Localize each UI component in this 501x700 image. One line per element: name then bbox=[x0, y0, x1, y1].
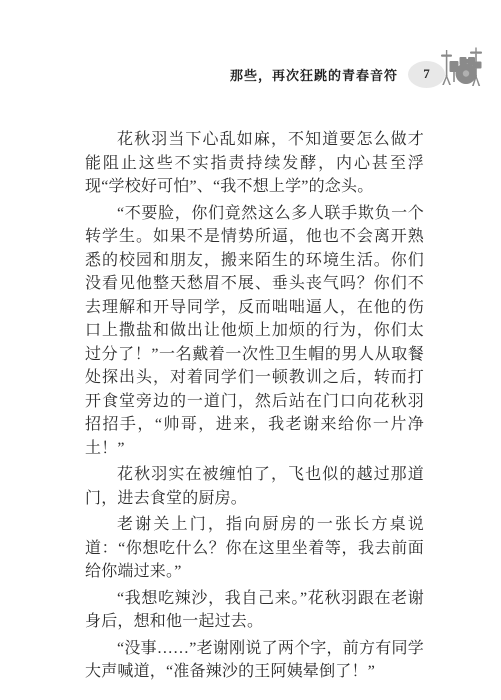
page-number: 7 bbox=[423, 66, 430, 82]
book-page: 那些，再次狂跳的青春音符 7 bbox=[0, 0, 501, 700]
paragraph: “我想吃辣沙，我自己来。”花秋羽跟在老谢身后，想和他一起过去。 bbox=[85, 587, 424, 634]
paragraph: 老谢关上门，指向厨房的一张长方桌说道：“你想吃什么？你在这里坐着等，我去前面给你… bbox=[85, 513, 424, 584]
drum-kit-icon bbox=[439, 45, 483, 94]
paragraph: 花秋羽当下心乱如麻，不知道要怎么做才能阻止这些不实指责持续发酵，内心甚至浮现“学… bbox=[85, 128, 424, 199]
chapter-title: 那些，再次狂跳的青春音符 bbox=[230, 65, 398, 84]
page-header: 那些，再次狂跳的青春音符 7 bbox=[230, 52, 483, 96]
page-content: 花秋羽当下心乱如麻，不知道要怎么做才能阻止这些不实指责持续发酵，内心甚至浮现“学… bbox=[85, 128, 424, 687]
paragraph: “不要脸，你们竟然这么多人联手欺负一个转学生。如果不是情势所逼，他也不会离开熟悉… bbox=[85, 202, 424, 461]
paragraph: “没事……”老谢刚说了两个字，前方有同学大声喊道，“准备辣沙的王阿姨晕倒了！” bbox=[85, 637, 424, 684]
paragraph: 花秋羽实在被缠怕了，飞也似的越过那道门，进去食堂的厨房。 bbox=[85, 463, 424, 510]
